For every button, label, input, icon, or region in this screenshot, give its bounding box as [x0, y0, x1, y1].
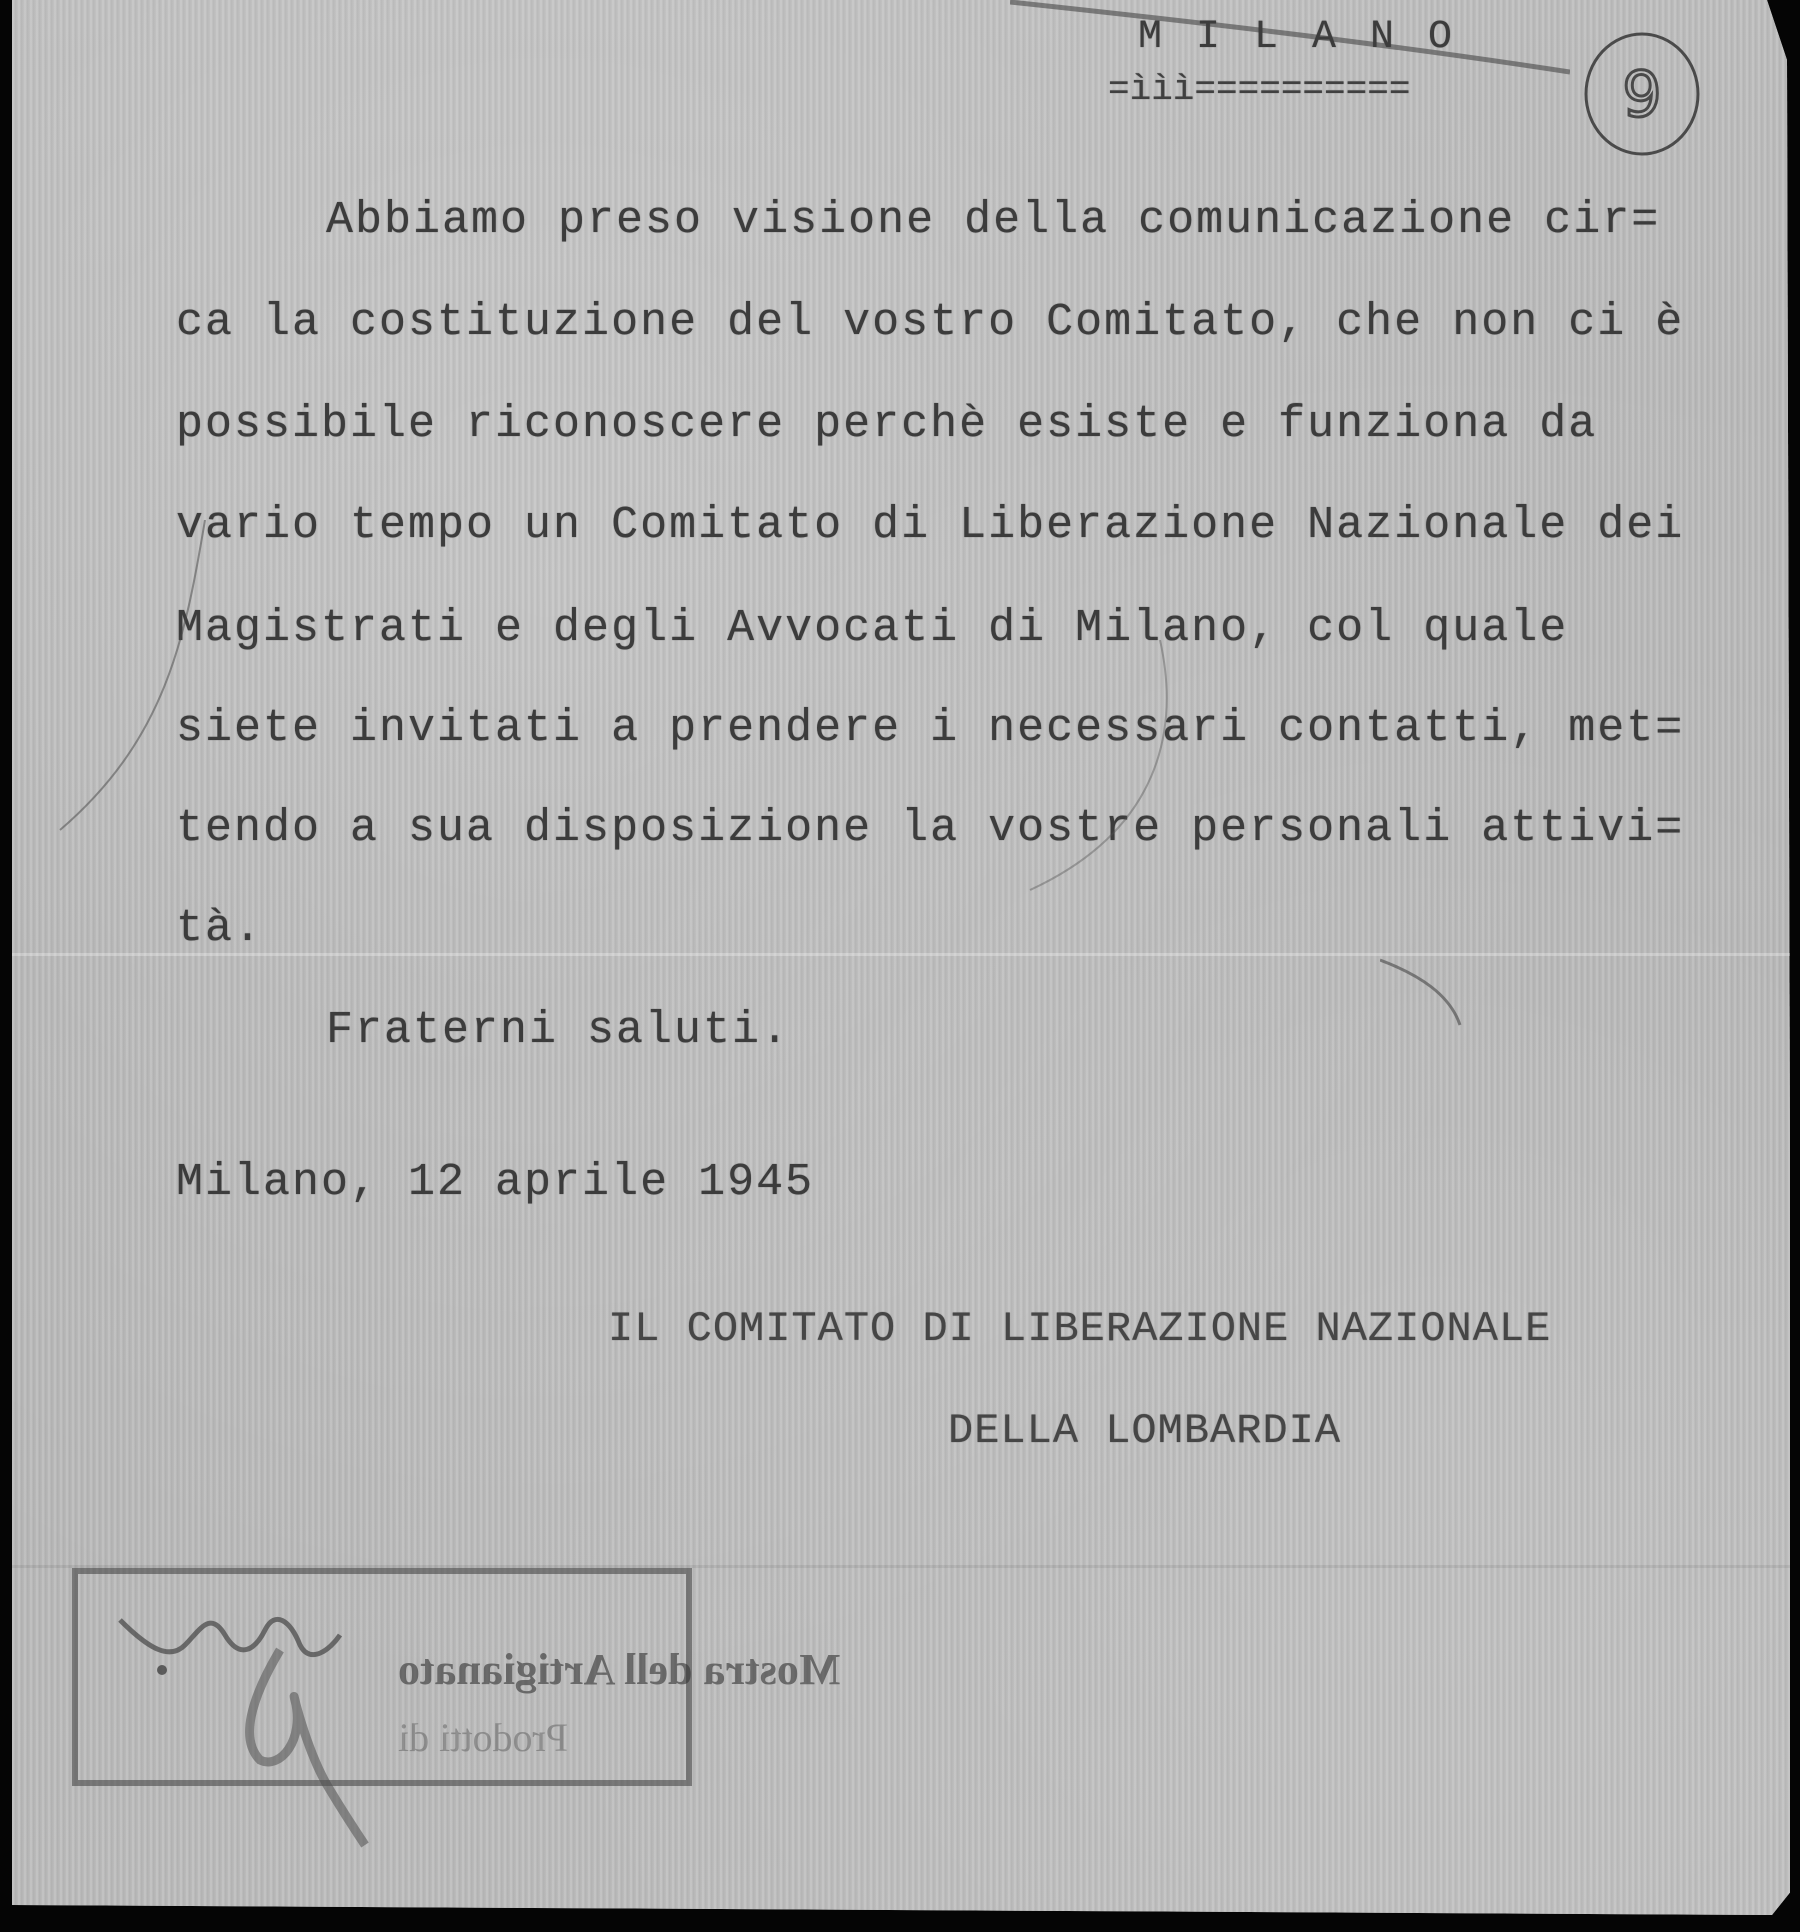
body-line: ca la costituzione del vostro Comitato, … [176, 300, 1684, 345]
header-city: MILANO [1138, 18, 1486, 58]
paper-fold-line [12, 953, 1792, 956]
scan-border [1790, 0, 1800, 1932]
stamp-text: Prodotti di [398, 1714, 568, 1761]
signature-block-line: DELLA LOMBARDIA [948, 1410, 1341, 1452]
body-line: tendo a sua disposizione la vostre perso… [176, 806, 1684, 851]
stamp-text: Mostra dell Artigianato [398, 1644, 840, 1695]
rubber-stamp: Mostra dell Artigianato Prodotti di [72, 1568, 692, 1786]
body-line: Abbiamo preso visione della comunicazion… [326, 198, 1660, 243]
dateline: Milano, 12 aprile 1945 [176, 1160, 814, 1205]
closing-salutation: Fraterni saluti. [326, 1008, 790, 1053]
body-line: Magistrati e degli Avvocati di Milano, c… [176, 606, 1568, 651]
body-line: tà. [176, 906, 263, 951]
body-line: vario tempo un Comitato di Liberazione N… [176, 503, 1684, 548]
header-rule: =ììì========== [1108, 72, 1410, 108]
body-line: possibile riconoscere perchè esiste e fu… [176, 402, 1597, 447]
body-line: siete invitati a prendere i necessari co… [176, 706, 1684, 751]
signature-block-line: IL COMITATO DI LIBERAZIONE NAZIONALE [608, 1308, 1551, 1350]
